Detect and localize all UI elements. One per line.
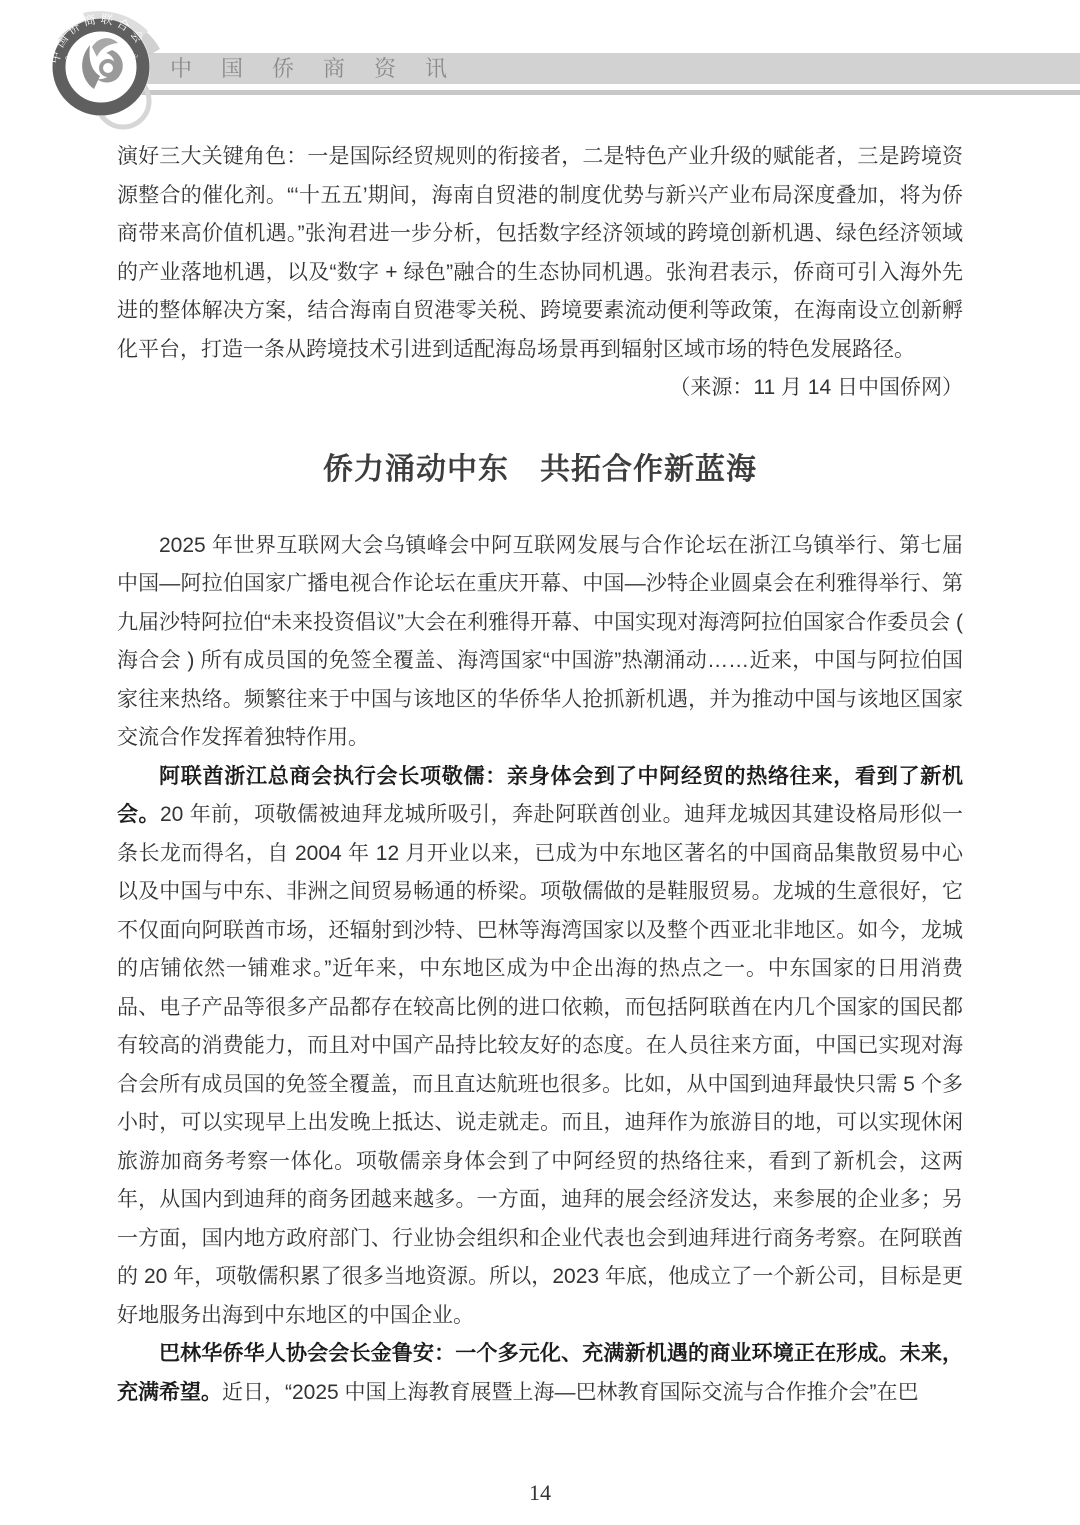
header-underline [112,90,1080,95]
paragraph-text: 2025 年世界互联网大会乌镇峰会中阿互联网发展与合作论坛在浙江乌镇举行、第七届… [117,534,963,750]
organization-logo: 中国侨商联合会 CHINA FEDERATION OF OVERSEAS CHI… [28,4,174,136]
page-content: 演好三大关键角色：一是国际经贸规则的衔接者，二是特色产业升级的赋能者，三是跨境资… [117,138,963,1412]
article-paragraph: 阿联酋浙江总商会执行会长项敬儒：亲身体会到了中阿经贸的热络往来，看到了新机会。2… [117,758,963,1336]
article-title: 侨力涌动中东 共拓合作新蓝海 [117,450,963,490]
article-paragraph: 巴林华侨华人协会会长金鲁安：一个多元化、充满新机遇的商业环境正在形成。未来，充满… [117,1335,963,1412]
header-title: 中国侨商资讯 [170,53,476,84]
article-paragraph: 2025 年世界互联网大会乌镇峰会中阿互联网发展与合作论坛在浙江乌镇举行、第七届… [117,527,963,758]
source-attribution: （来源：11 月 14 日中国侨网） [117,369,963,408]
page-number: 14 [0,1480,1080,1506]
document-page: 中国侨商资讯 中国侨商联合会 CHINA FEDERATION OF OVE [0,0,1080,1525]
paragraph-text: 近日，“2025 中国上海教育展暨上海—巴林教育国际交流与合作推介会”在巴 [222,1381,919,1404]
previous-article-paragraph: 演好三大关键角色：一是国际经贸规则的衔接者，二是特色产业升级的赋能者，三是跨境资… [117,138,963,369]
paragraph-text: 20 年前，项敬儒被迪拜龙城所吸引，奔赴阿联酋创业。迪拜龙城因其建设格局形似一条… [117,803,963,1327]
header-bar: 中国侨商资讯 [112,53,1080,84]
federation-seal-icon: 中国侨商联合会 CHINA FEDERATION OF OVERSEAS CHI… [28,4,174,136]
